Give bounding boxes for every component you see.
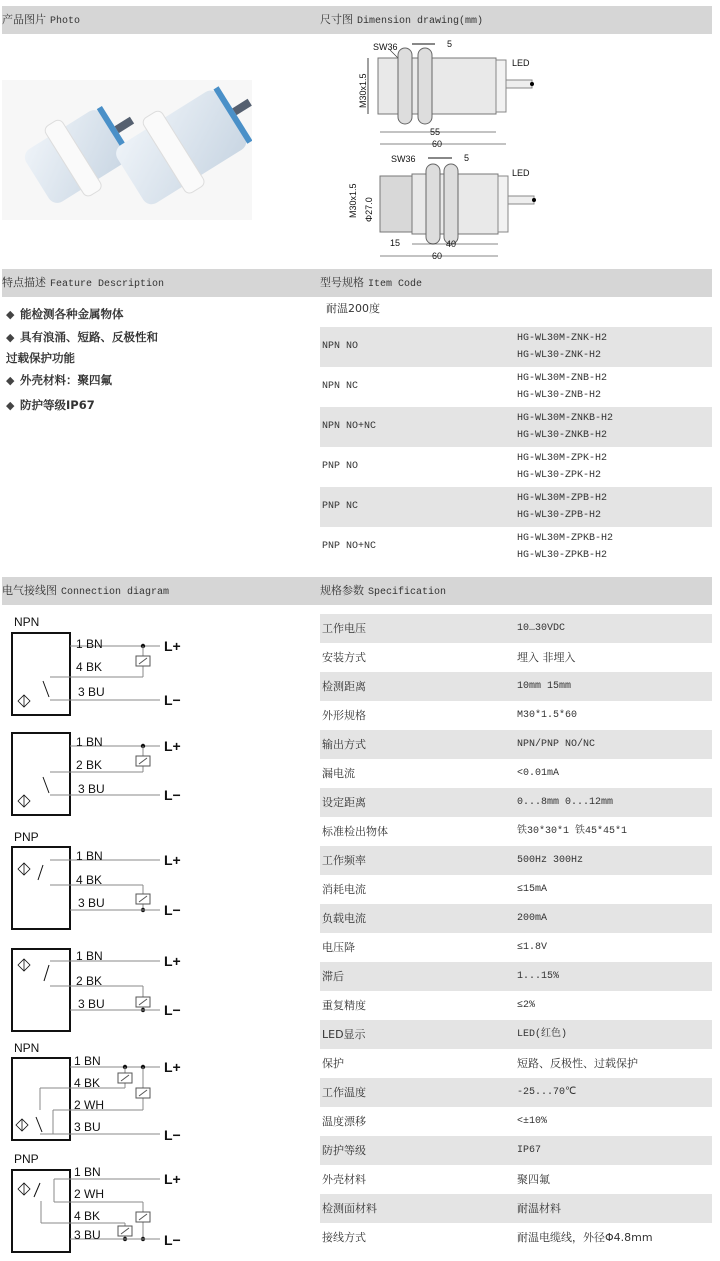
svg-text:4 BK: 4 BK [74,1076,100,1090]
item-type: PNP NO [322,447,358,487]
feature-item: ◆具有浪涌、短路、反极性和 [6,329,158,345]
header-en: Dimension drawing(mm) [357,16,483,27]
spec-row: 工作频率500Hz 300Hz [320,846,712,875]
svg-text:L+: L+ [164,1171,181,1187]
svg-text:NPN: NPN [14,615,39,629]
header-en: Specification [368,587,446,598]
spec-key: 安装方式 [322,643,366,672]
spec-value: 埋入 非埋入 [517,643,576,672]
diamond-bullet-icon: ◆ [6,331,20,344]
header-en: Connection diagram [61,587,169,598]
header-cn: 型号规格 [320,276,364,289]
spec-value: LED(红色) [517,1020,567,1049]
dimension-drawing-bottom: SW36 5 M30x1.5 Φ27.0 LED 15 40 60 [348,153,536,261]
diamond-bullet-icon: ◆ [6,399,20,412]
item-code: HG-WL30-ZNB-H2 [517,387,607,404]
feature-item: ◆防护等级IP67 [6,397,95,413]
svg-text:L−: L− [164,902,181,918]
item-type: NPN NC [322,367,358,407]
svg-text:1 BN: 1 BN [74,1054,101,1068]
feature-item: ◆能检测各种金属物体 [6,306,124,322]
item-type: PNP NC [322,487,358,527]
svg-text:1 BN: 1 BN [74,1165,101,1179]
svg-text:5: 5 [464,153,469,163]
spec-value: ≤1.8V [517,933,547,962]
spec-value: <±10% [517,1107,547,1136]
spec-row: 电压降≤1.8V [320,933,712,962]
spec-key: 工作频率 [322,846,366,875]
svg-text:3 BU: 3 BU [78,782,105,796]
svg-text:1 BN: 1 BN [76,949,103,963]
spec-key: 标准检出物体 [322,817,388,846]
svg-text:3 BU: 3 BU [78,896,105,910]
item-code: HG-WL30-ZPK-H2 [517,467,607,484]
item-type: NPN NO+NC [322,407,376,447]
svg-text:55: 55 [430,127,440,137]
header-cn: 特点描述 [2,276,46,289]
item-type: NPN NO [322,327,358,367]
spec-value: NPN/PNP NO/NC [517,730,595,759]
diagram-npn-no-nc: NPN 1 BN 4 BK 2 WH 3 BU L+ L− [12,1041,181,1143]
header-cn: 规格参数 [320,584,364,597]
item-code: HG-WL30-ZPKB-H2 [517,547,613,564]
spec-value: 0...8mm 0...12mm [517,788,613,817]
spec-value: 聚四氟 [517,1165,550,1194]
spec-key: 工作温度 [322,1078,366,1107]
dimension-drawing: SW36 5 M30x1.5 LED 55 60 SW36 5 M30x1.5 [340,36,560,266]
spec-key: LED显示 [322,1020,366,1049]
spec-row: 保护短路、反极性、过载保护 [320,1049,712,1078]
spec-key: 重复精度 [322,991,366,1020]
diagram-npn-nc: 1 BN 2 BK 3 BU L+ L− [12,733,181,815]
header-cn: 产品图片 [2,13,46,26]
svg-text:Φ27.0: Φ27.0 [364,197,374,222]
item-code: HG-WL30-ZNKB-H2 [517,427,613,444]
spec-key: 设定距离 [322,788,366,817]
header-connection: 电气接线图Connection diagram [2,577,318,605]
svg-text:3 BU: 3 BU [78,685,105,699]
spec-value: ≤15mA [517,875,547,904]
item-code: HG-WL30-ZPB-H2 [517,507,607,524]
svg-text:15: 15 [390,238,400,248]
svg-text:PNP: PNP [14,1152,39,1166]
spec-row: 外形规格M30*1.5*60 [320,701,712,730]
header-en: Photo [50,16,80,27]
item-code: HG-WL30M-ZNKB-H2 [517,410,613,427]
spec-value: -25...70℃ [517,1078,576,1107]
item-code: HG-WL30M-ZPB-H2 [517,490,607,507]
header-cn: 尺寸图 [320,13,353,26]
dimension-drawing-top: SW36 5 M30x1.5 LED 55 60 [358,39,534,149]
spec-row: 负载电流200mA [320,904,712,933]
spec-row: 检测面材料耐温材料 [320,1194,712,1223]
svg-text:40: 40 [446,239,456,249]
spec-row: 标准检出物体铁30*30*1 铁45*45*1 [320,817,712,846]
spec-row: 漏电流<0.01mA [320,759,712,788]
svg-text:1 BN: 1 BN [76,735,103,749]
header-en: Item Code [368,279,422,290]
svg-text:60: 60 [432,139,442,149]
svg-text:3 BU: 3 BU [78,997,105,1011]
diagram-pnp-no: PNP 1 BN 4 BK 3 BU L+ L− [12,830,181,929]
item-code-row: PNP NO+NC HG-WL30M-ZPKB-H2HG-WL30-ZPKB-H… [320,527,712,567]
item-code: HG-WL30M-ZPKB-H2 [517,530,613,547]
svg-text:L−: L− [164,1127,181,1143]
spec-key: 漏电流 [322,759,355,788]
spec-row: 工作温度-25...70℃ [320,1078,712,1107]
svg-text:1 BN: 1 BN [76,637,103,651]
feature-item: 过载保护功能 [6,350,75,366]
item-code-row: NPN NC HG-WL30M-ZNB-H2HG-WL30-ZNB-H2 [320,367,712,407]
svg-text:L−: L− [164,1232,181,1248]
spec-key: 接线方式 [322,1223,366,1252]
spec-value: M30*1.5*60 [517,701,577,730]
spec-value: 耐温电缆线，外径Φ4.8mm [517,1223,653,1252]
spec-key: 负载电流 [322,904,366,933]
svg-text:PNP: PNP [14,830,39,844]
sensor-photo-illustration [2,80,252,220]
diamond-bullet-icon: ◆ [6,308,20,321]
svg-text:M30x1.5: M30x1.5 [348,183,358,218]
spec-value: ≤2% [517,991,535,1020]
product-photo [2,80,252,220]
header-item-code: 型号规格Item Code [318,269,712,297]
spec-key: 输出方式 [322,730,366,759]
header-en: Feature Description [50,279,164,290]
spec-row: 工作电压10…30VDC [320,614,712,643]
spec-value: 铁30*30*1 铁45*45*1 [517,817,627,846]
spec-row: 安装方式埋入 非埋入 [320,643,712,672]
item-code: HG-WL30-ZNK-H2 [517,347,607,364]
svg-text:SW36: SW36 [373,42,398,52]
svg-text:LED: LED [512,168,530,178]
spec-key: 温度漂移 [322,1107,366,1136]
connection-diagrams: NPN 1 BN 4 BK 3 BU L+ L− 1 BN [0,605,200,1255]
svg-text:L+: L+ [164,852,181,868]
header-cn: 电气接线图 [2,584,57,597]
spec-key: 外形规格 [322,701,366,730]
svg-text:L+: L+ [164,738,181,754]
svg-text:1 BN: 1 BN [76,849,103,863]
svg-text:NPN: NPN [14,1041,39,1055]
svg-text:5: 5 [447,39,452,49]
spec-key: 滞后 [322,962,344,991]
spec-key: 检测面材料 [322,1194,377,1223]
spec-row: LED显示LED(红色) [320,1020,712,1049]
item-code-row: NPN NO HG-WL30M-ZNK-H2HG-WL30-ZNK-H2 [320,327,712,367]
svg-text:2 WH: 2 WH [74,1098,104,1112]
svg-text:L+: L+ [164,1059,181,1075]
svg-text:L−: L− [164,692,181,708]
svg-text:4 BK: 4 BK [76,660,102,674]
item-code: HG-WL30M-ZNK-H2 [517,330,607,347]
feature-item: ◆外壳材料：聚四氟 [6,372,112,388]
item-type: PNP NO+NC [322,527,376,567]
item-code: HG-WL30M-ZNB-H2 [517,370,607,387]
item-code-row: PNP NC HG-WL30M-ZPB-H2HG-WL30-ZPB-H2 [320,487,712,527]
spec-row: 接线方式耐温电缆线，外径Φ4.8mm [320,1223,712,1252]
spec-row: 消耗电流≤15mA [320,875,712,904]
svg-text:3 BU: 3 BU [74,1228,101,1242]
spec-row: 滞后1...15% [320,962,712,991]
spec-value: 1...15% [517,962,559,991]
spec-value: 10mm 15mm [517,672,571,701]
diagram-npn-no: NPN 1 BN 4 BK 3 BU L+ L− [12,615,181,715]
spec-key: 外壳材料 [322,1165,366,1194]
spec-row: 温度漂移<±10% [320,1107,712,1136]
svg-text:L+: L+ [164,953,181,969]
spec-row: 输出方式NPN/PNP NO/NC [320,730,712,759]
spec-value: 500Hz 300Hz [517,846,583,875]
spec-row: 设定距离0...8mm 0...12mm [320,788,712,817]
diamond-bullet-icon: ◆ [6,374,20,387]
header-specification: 规格参数Specification [318,577,712,605]
spec-value: 10…30VDC [517,614,565,643]
spec-key: 消耗电流 [322,875,366,904]
svg-text:4 BK: 4 BK [74,1209,100,1223]
spec-row: 防护等级IP67 [320,1136,712,1165]
svg-text:M30x1.5: M30x1.5 [358,73,368,108]
spec-value: 短路、反极性、过载保护 [517,1049,638,1078]
svg-text:L−: L− [164,1002,181,1018]
spec-value: IP67 [517,1136,541,1165]
spec-value: 耐温材料 [517,1194,561,1223]
spec-value: <0.01mA [517,759,559,788]
spec-key: 检测距离 [322,672,366,701]
spec-row: 检测距离10mm 15mm [320,672,712,701]
spec-key: 工作电压 [322,614,366,643]
svg-text:L−: L− [164,787,181,803]
svg-text:60: 60 [432,251,442,261]
header-feature: 特点描述Feature Description [2,269,318,297]
item-code: HG-WL30M-ZPK-H2 [517,450,607,467]
spec-value: 200mA [517,904,547,933]
svg-text:4 BK: 4 BK [76,873,102,887]
svg-text:L+: L+ [164,638,181,654]
spec-key: 防护等级 [322,1136,366,1165]
item-code-note: 耐温200度 [326,300,380,316]
svg-text:LED: LED [512,58,530,68]
spec-key: 保护 [322,1049,344,1078]
item-code-row: NPN NO+NC HG-WL30M-ZNKB-H2HG-WL30-ZNKB-H… [320,407,712,447]
item-code-row: PNP NO HG-WL30M-ZPK-H2HG-WL30-ZPK-H2 [320,447,712,487]
spec-row: 重复精度≤2% [320,991,712,1020]
svg-text:2 BK: 2 BK [76,974,102,988]
svg-text:SW36: SW36 [391,154,416,164]
diagram-pnp-no-nc: PNP 1 BN 2 WH 4 BK 3 BU L+ L− [12,1152,181,1252]
spec-row: 外壳材料聚四氟 [320,1165,712,1194]
svg-text:3 BU: 3 BU [74,1120,101,1134]
svg-text:2 WH: 2 WH [74,1187,104,1201]
header-photo: 产品图片Photo [2,6,318,34]
header-dimension: 尺寸图Dimension drawing(mm) [318,6,712,34]
diagram-pnp-nc: 1 BN 2 BK 3 BU L+ L− [12,949,181,1031]
svg-text:2 BK: 2 BK [76,758,102,772]
spec-key: 电压降 [322,933,355,962]
